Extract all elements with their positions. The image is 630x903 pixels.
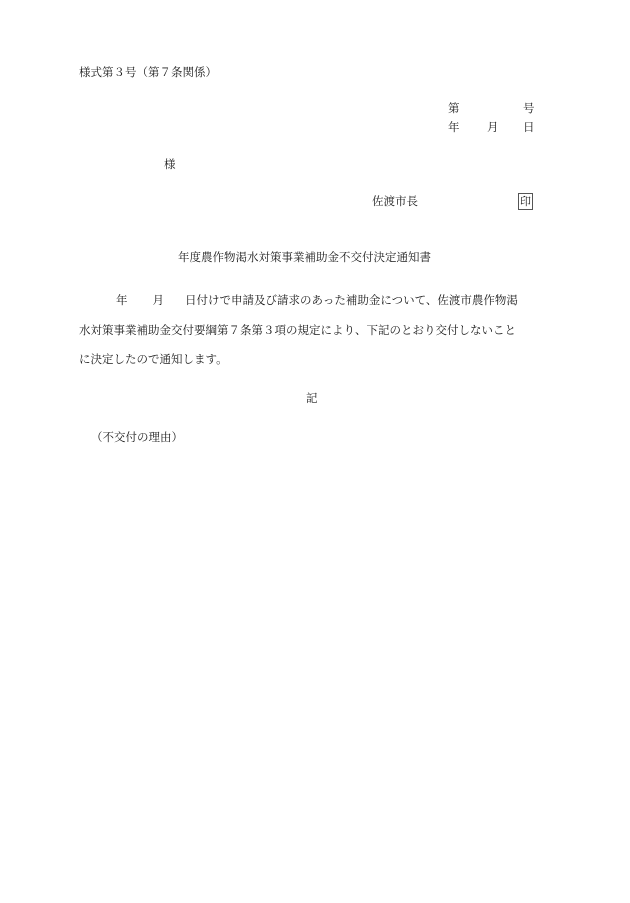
body-paragraph: 年月日付けで申請及び請求のあった補助金について、佐渡市農作物渇 水対策事業補助金… [79,294,549,383]
body-line-1: 年月日付けで申請及び請求のあった補助金について、佐渡市農作物渇 [79,294,549,324]
sender-name: 佐渡市長 [372,196,418,208]
form-number: 様式第３号（第７条関係） [79,67,217,79]
addressee-honorific: 様 [164,159,176,171]
date-month-label: 月 [487,122,499,134]
date-year-label: 年 [448,122,460,134]
document-number-suffix: 号 [523,103,535,115]
body-month-label: 月 [153,294,165,306]
body-year-label: 年 [116,294,128,306]
reason-heading: （不交付の理由） [91,432,183,444]
body-line-2: 水対策事業補助金交付要綱第７条第３項の規定により、下記のとおり交付しないこと [79,324,549,354]
document-title: 年度農作物渇水対策事業補助金不交付決定通知書 [178,252,431,264]
ki-heading: 記 [306,393,318,405]
body-line-1-text: 日付けで申請及び請求のあった補助金について、佐渡市農作物渇 [185,294,518,306]
date-day-label: 日 [523,122,535,134]
body-line-3: に決定したので通知します。 [79,353,549,383]
seal-stamp-icon: 印 [518,193,533,210]
document-number-prefix: 第 [448,103,460,115]
